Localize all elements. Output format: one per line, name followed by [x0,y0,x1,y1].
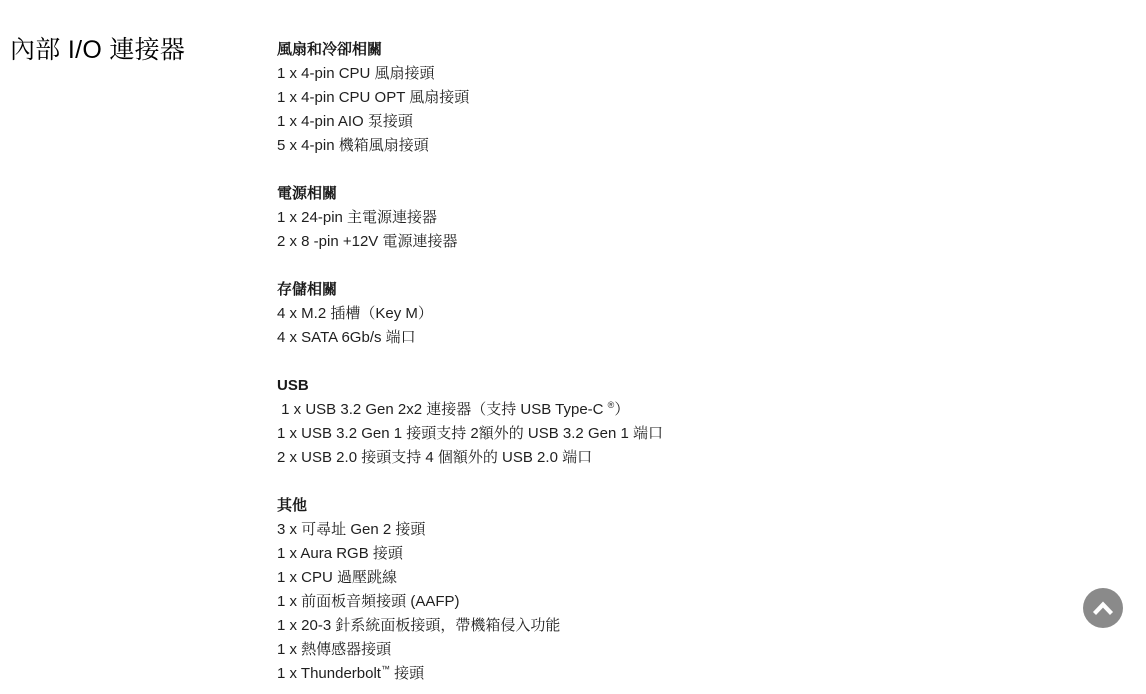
spec-line: 1 x 4-pin AIO 泵接頭 [277,110,663,134]
spec-line: 3 x 可尋址 Gen 2 接頭 [277,518,663,542]
scroll-to-top-button[interactable] [1083,588,1123,628]
spec-group-header: USB [277,374,663,398]
spec-group: 風扇和冷卻相關1 x 4-pin CPU 風扇接頭1 x 4-pin CPU O… [277,38,663,158]
spec-group-header: 電源相關 [277,182,663,206]
spec-line: 2 x USB 2.0 接頭支持 4 個額外的 USB 2.0 端口 [277,446,663,470]
spec-line: 1 x USB 3.2 Gen 1 接頭支持 2額外的 USB 3.2 Gen … [277,422,663,446]
spec-group-header: 風扇和冷卻相關 [277,38,663,62]
spec-line: 1 x Aura RGB 接頭 [277,542,663,566]
spec-line: 1 x USB 3.2 Gen 2x2 連接器（支持 USB Type-C ®） [277,398,663,422]
spec-group: USB 1 x USB 3.2 Gen 2x2 連接器（支持 USB Type-… [277,374,663,470]
spec-line: 1 x 4-pin CPU 風扇接頭 [277,62,663,86]
spec-group: 電源相關1 x 24-pin 主電源連接器2 x 8 -pin +12V 電源連… [277,182,663,254]
spec-group: 其他3 x 可尋址 Gen 2 接頭1 x Aura RGB 接頭1 x CPU… [277,494,663,686]
spec-line: 1 x Thunderbolt™ 接頭 [277,662,663,686]
spec-line: 1 x CPU 過壓跳線 [277,566,663,590]
spec-page: 內部 I/O 連接器 風扇和冷卻相關1 x 4-pin CPU 風扇接頭1 x … [0,0,1146,694]
spec-line: 1 x 熱傳感器接頭 [277,638,663,662]
spec-line: 1 x 24-pin 主電源連接器 [277,206,663,230]
spec-line: 5 x 4-pin 機箱風扇接頭 [277,134,663,158]
spec-group-header: 存儲相關 [277,278,663,302]
spec-row-title: 內部 I/O 連接器 [10,36,277,64]
chevron-up-icon [1092,601,1114,615]
spec-group: 存儲相關4 x M.2 插槽（Key M）4 x SATA 6Gb/s 端口 [277,278,663,350]
spec-line: 1 x 20-3 針系統面板接頭，帶機箱侵入功能 [277,614,663,638]
spec-line: 2 x 8 -pin +12V 電源連接器 [277,230,663,254]
spec-line: 4 x SATA 6Gb/s 端口 [277,326,663,350]
spec-content: 風扇和冷卻相關1 x 4-pin CPU 風扇接頭1 x 4-pin CPU O… [277,36,663,686]
spec-line: 4 x M.2 插槽（Key M） [277,302,663,326]
spec-line: 1 x 4-pin CPU OPT 風扇接頭 [277,86,663,110]
spec-row: 內部 I/O 連接器 風扇和冷卻相關1 x 4-pin CPU 風扇接頭1 x … [0,0,1146,686]
spec-line: 1 x 前面板音頻接頭 (AAFP) [277,590,663,614]
spec-group-header: 其他 [277,494,663,518]
